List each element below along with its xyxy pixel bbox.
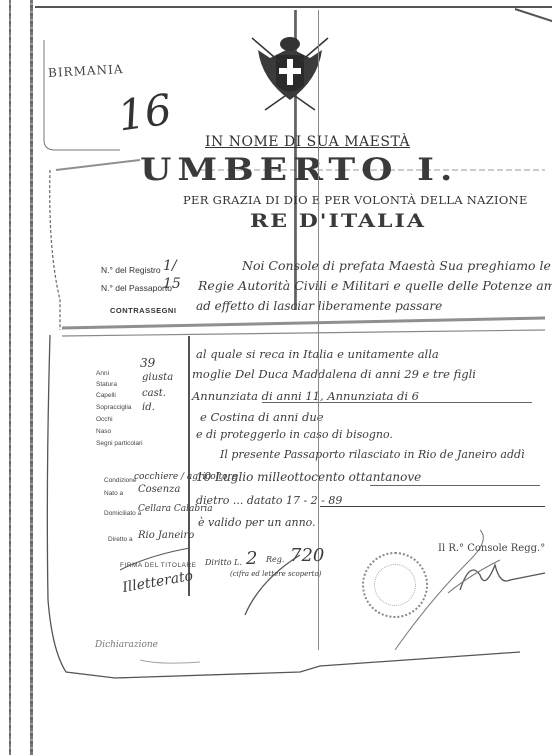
desc-label-anni: Anni [96,370,109,377]
label-domiciliato: Domiciliato a [104,510,141,517]
desc-value-capelli: cast. [142,388,166,399]
desc-label-segni: Segni particolari [96,440,143,447]
body-line-8: e di proteggerlo in caso di bisogno. [196,428,393,441]
file-number: 16 [115,85,175,141]
fee-label: Diritto L. [205,558,242,567]
body-line-12: è valido per un anno. [198,516,316,529]
bottom-scrawl: Dichiarazione [95,640,158,650]
body-line-1: Noi Console di prefata Maestà Sua preghi… [242,258,551,273]
passaporto-value: 15 [163,276,181,292]
body-line-9: Il presente Passaporto rilasciato in Rio… [220,448,525,461]
consulate-seal [362,552,428,618]
header-in-nome: IN NOME DI SUA MAESTÀ [205,134,410,150]
body-line-6: Annunziata di anni 11, Annunziata di 6 [192,389,419,403]
fee-note: (cifra ed lettere scoperto) [230,570,321,578]
desc-label-naso: Naso [96,428,111,435]
header-per-grazia: PER GRAZIA DI DIO E PER VOLONTÀ DELLA NA… [183,193,528,207]
registro-label: N.° del Registro [101,265,161,275]
value-nato: Cosenza [138,484,180,495]
body-line-7: e Costina di anni due [200,410,324,424]
underline [370,485,540,486]
fee-reg-label: Reg. [266,555,284,564]
column-divider [188,336,190,596]
desc-label-sopracciglia: Sopracciglia [96,404,131,411]
header-king-name: UMBERTO I. [140,152,458,188]
desc-label-occhi: Occhi [96,416,113,423]
body-line-3: ad effetto di lasciar liberamente passar… [196,299,442,313]
label-diretto: Diretto a [108,536,133,543]
desc-value-sopracciglia: id. [142,402,155,413]
underline [262,402,532,403]
registro-value: 1/ [163,258,177,274]
consul-label: Il R.° Console Regg.° [438,543,545,554]
consul-signature [440,555,550,595]
desc-value-anni: 39 [140,356,155,370]
body-line-2: Regie Autorità Civili e Militari e quell… [198,278,552,293]
desc-label-capelli: Capelli [96,392,116,399]
underline [320,506,545,507]
desc-label-statura: Statura [96,381,117,388]
fee-reg-value: 720 [290,545,324,566]
header-re-italia: RE D'ITALIA [250,210,426,232]
label-condizione: Condizione [104,477,137,484]
passaporto-label: N.° del Passaporto [101,283,172,293]
value-condizione: cocchiere / agricoltore [134,472,237,482]
label-nato: Nato a [104,490,123,497]
value-domiciliato: Cellara Calabria [138,504,213,514]
fee-value: 2 [246,548,257,569]
contrassegni-label: CONTRASSEGNI [110,306,176,315]
body-line-5: moglie Del Duca Maddalena di anni 29 e t… [192,367,476,381]
desc-value-statura: giusta [142,372,173,383]
value-diretto: Rio Janeiro [138,530,194,541]
